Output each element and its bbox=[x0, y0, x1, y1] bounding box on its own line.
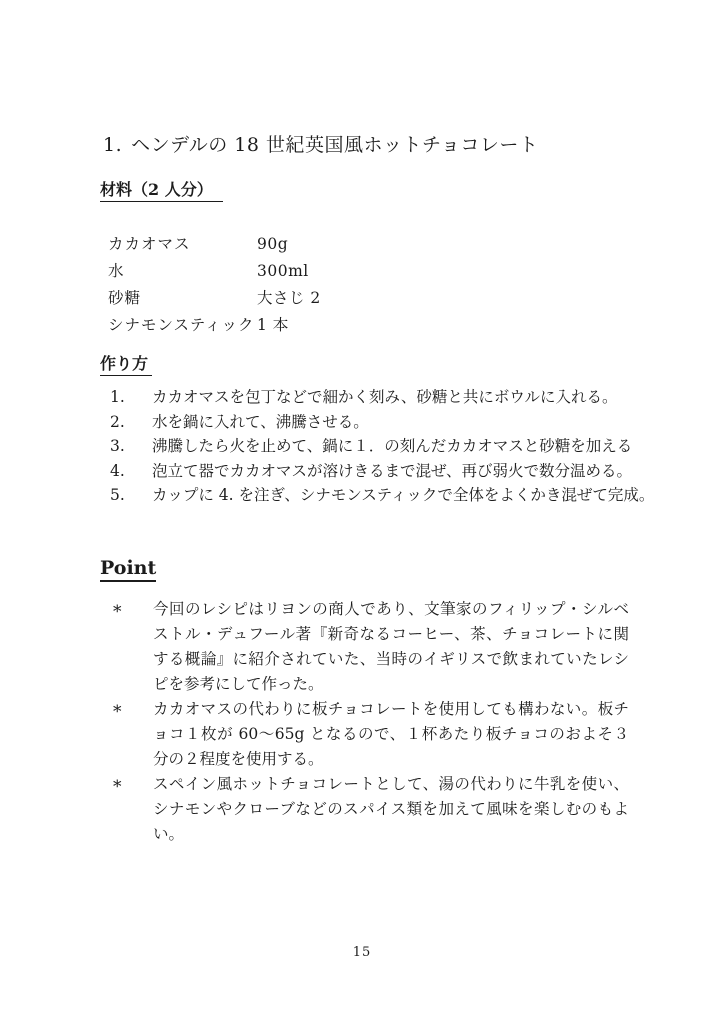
recipe-number: 1. bbox=[103, 134, 122, 156]
ingredient-amount: 90g bbox=[257, 231, 288, 258]
step-text: カップに 4. を注ぎ、シナモンスティックで全体をよくかき混ぜて完成。 bbox=[152, 483, 654, 508]
ingredients-heading: 材料（2 人分） bbox=[100, 177, 223, 200]
ingredient-name: 砂糖 bbox=[108, 285, 257, 312]
asterisk-marker: * bbox=[113, 600, 153, 700]
ingredient-name: シナモンスティック bbox=[108, 312, 257, 339]
point-text: スペイン風ホットチョコレートとして、湯の代わりに牛乳を使い、シナモンやクローブな… bbox=[153, 772, 629, 847]
step-number: 2. bbox=[110, 410, 131, 435]
point-item: * カカオマスの代わりに板チョコレートを使用しても構わない。板チョコ１枚が 60… bbox=[113, 697, 629, 772]
asterisk-marker: * bbox=[113, 775, 153, 850]
recipe-title-text: ヘンデルの 18 世紀英国風ホットチョコレート bbox=[131, 134, 538, 156]
ingredient-name: 水 bbox=[108, 258, 257, 285]
point-list: * 今回のレシピはリヨンの商人であり、文筆家のフィリップ・シルベストル・デュフー… bbox=[113, 597, 629, 847]
step-text: 泡立て器でカカオマスが溶けきるまで混ぜ、再び弱火で数分温める。 bbox=[152, 459, 632, 484]
point-text: カカオマスの代わりに板チョコレートを使用しても構わない。板チョコ１枚が 60～6… bbox=[153, 697, 629, 772]
instructions-list: 1. カカオマスを包丁などで細かく刻み、砂糖と共にボウルに入れる。 2. 水を鍋… bbox=[110, 385, 654, 508]
ingredient-name: カカオマス bbox=[108, 231, 257, 258]
instruction-step: 4. 泡立て器でカカオマスが溶けきるまで混ぜ、再び弱火で数分温める。 bbox=[110, 459, 654, 484]
ingredients-table: カカオマス 90g 水 300ml 砂糖 大さじ 2 シナモンスティック 1 本 bbox=[108, 231, 321, 339]
recipe-title: 1.ヘンデルの 18 世紀英国風ホットチョコレート bbox=[103, 130, 538, 157]
step-number: 3. bbox=[110, 434, 131, 459]
document-page: 1.ヘンデルの 18 世紀英国風ホットチョコレート 材料（2 人分） カカオマス… bbox=[0, 0, 724, 1024]
ingredient-row: シナモンスティック 1 本 bbox=[108, 312, 321, 339]
point-text: 今回のレシピはリヨンの商人であり、文筆家のフィリップ・シルベストル・デュフール著… bbox=[153, 597, 629, 697]
ingredient-row: カカオマス 90g bbox=[108, 231, 321, 258]
ingredient-amount: 大さじ 2 bbox=[257, 285, 321, 312]
step-number: 5. bbox=[110, 483, 131, 508]
instruction-step: 2. 水を鍋に入れて、沸騰させる。 bbox=[110, 410, 654, 435]
point-item: * 今回のレシピはリヨンの商人であり、文筆家のフィリップ・シルベストル・デュフー… bbox=[113, 597, 629, 697]
ingredient-amount: 1 本 bbox=[257, 312, 289, 339]
point-item: * スペイン風ホットチョコレートとして、湯の代わりに牛乳を使い、シナモンやクロー… bbox=[113, 772, 629, 847]
page-number: 15 bbox=[0, 945, 724, 960]
instruction-step: 5. カップに 4. を注ぎ、シナモンスティックで全体をよくかき混ぜて完成。 bbox=[110, 483, 654, 508]
step-number: 1. bbox=[110, 385, 131, 410]
step-text: カカオマスを包丁などで細かく刻み、砂糖と共にボウルに入れる。 bbox=[152, 385, 617, 410]
instructions-heading: 作り方 bbox=[100, 351, 152, 374]
point-heading: Point bbox=[100, 557, 156, 579]
step-text: 水を鍋に入れて、沸騰させる。 bbox=[152, 410, 369, 435]
ingredients-heading-text: 材料（2 人分） bbox=[100, 180, 223, 202]
ingredient-row: 水 300ml bbox=[108, 258, 321, 285]
ingredient-amount: 300ml bbox=[257, 258, 309, 285]
instruction-step: 1. カカオマスを包丁などで細かく刻み、砂糖と共にボウルに入れる。 bbox=[110, 385, 654, 410]
point-heading-text: Point bbox=[100, 557, 156, 582]
asterisk-marker: * bbox=[113, 700, 153, 775]
instructions-heading-text: 作り方 bbox=[100, 354, 152, 376]
ingredient-row: 砂糖 大さじ 2 bbox=[108, 285, 321, 312]
step-number: 4. bbox=[110, 459, 131, 484]
instruction-step: 3. 沸騰したら火を止めて、鍋に１．の刻んだカカオマスと砂糖を加える bbox=[110, 434, 654, 459]
step-text: 沸騰したら火を止めて、鍋に１．の刻んだカカオマスと砂糖を加える bbox=[152, 434, 632, 459]
